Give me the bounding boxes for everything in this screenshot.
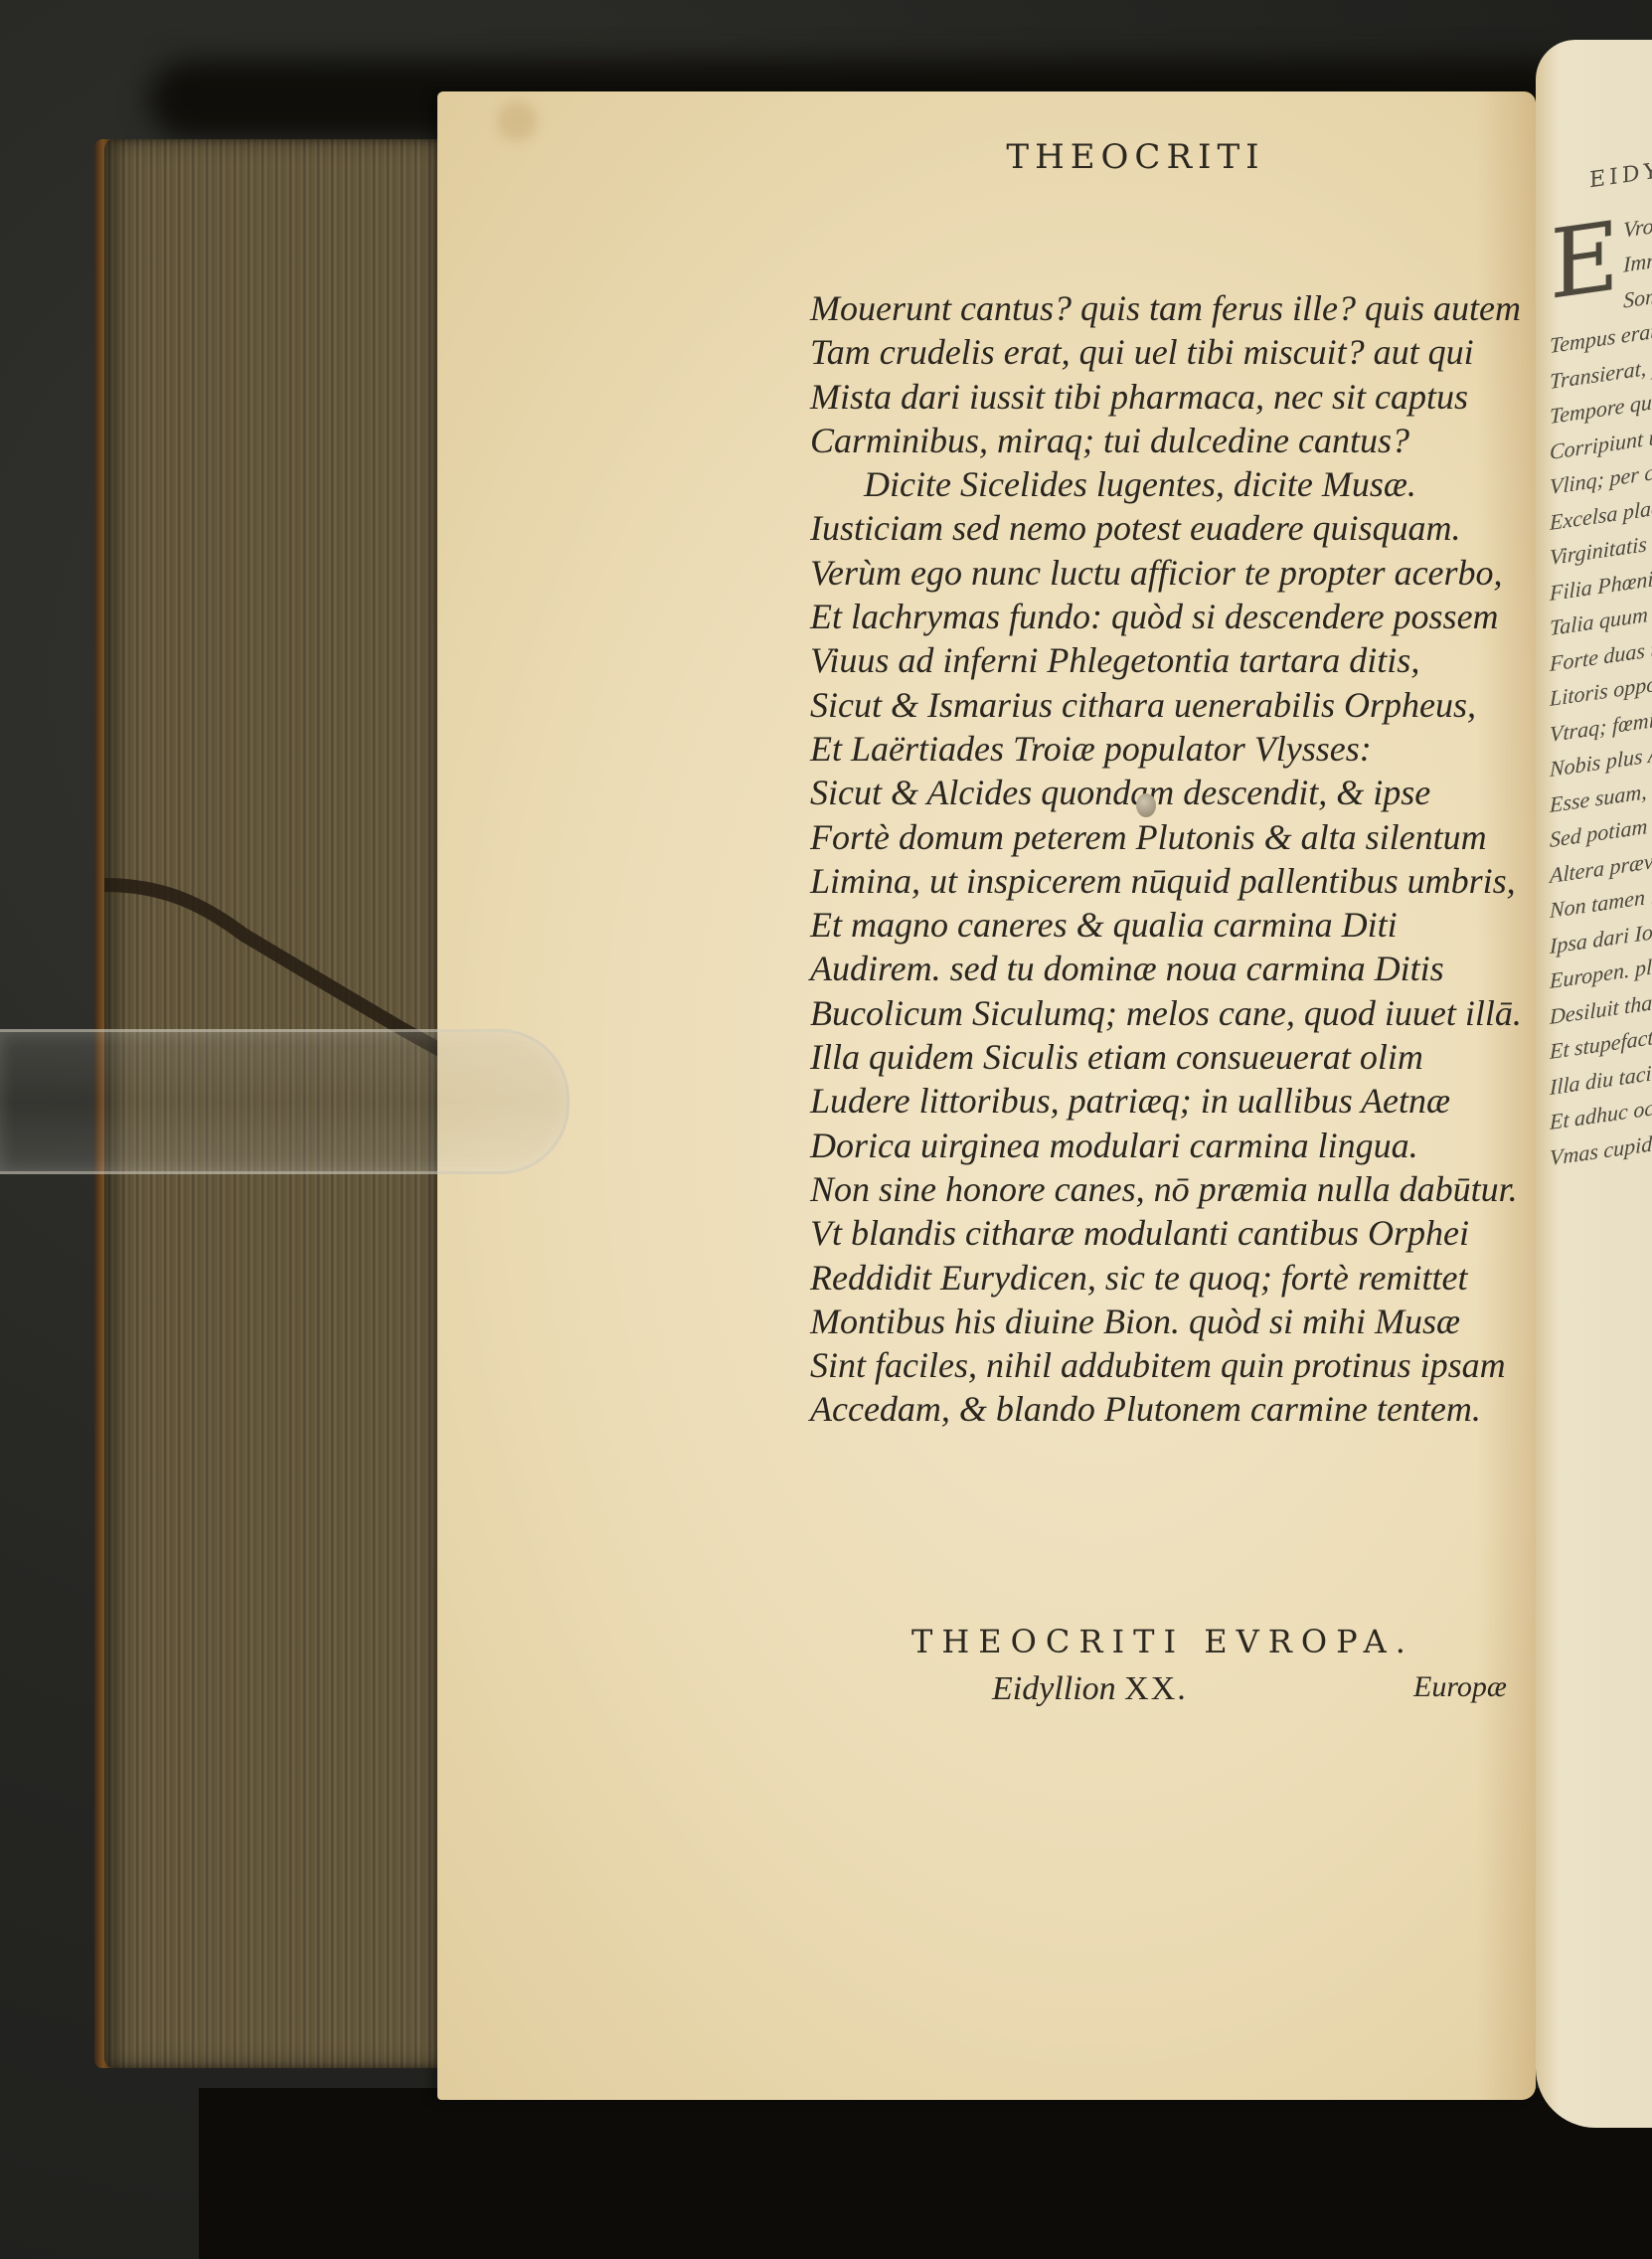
running-head: THEOCRITI [437, 137, 1536, 177]
verse-line: Non sine honore canes, nō præmia nulla d… [810, 1167, 1526, 1211]
verse-line: Dorica uirginea modulari carmina lingua. [810, 1124, 1526, 1167]
verse-line: Mouerunt cantus? quis tam ferus ille? qu… [810, 286, 1526, 330]
pin-mark [1136, 793, 1156, 817]
recto-dropcap: E [1550, 213, 1619, 308]
clear-plastic-bookmark [0, 1029, 570, 1174]
recto-page-partial: EIDYLL E Vropæ placidū Immisit Venus, e … [1536, 40, 1652, 2128]
verse-line: Audirem. sed tu dominæ noua carmina Diti… [810, 947, 1526, 990]
verse-line: Limina, ut inspicerem nūquid pallentibus… [810, 859, 1526, 903]
verse-line: Tam crudelis erat, qui uel tibi miscuit?… [810, 330, 1526, 374]
verse-line: Reddidit Eurydicen, sic te quoq; fortè r… [810, 1256, 1526, 1300]
page-stain [497, 101, 537, 141]
verse-line: Vt blandis citharæ modulanti cantibus Or… [810, 1211, 1526, 1255]
verse-line: Et Laërtiades Troiæ populator Vlysses: [810, 727, 1526, 771]
verse-line: Verùm ego nunc luctu afficior te propter… [810, 551, 1526, 595]
bottom-shadow [199, 2088, 1652, 2259]
section-title: THEOCRITI EVROPA. [845, 1623, 1481, 1660]
verse-line: Montibus his diuine Bion. quòd si mihi M… [810, 1300, 1526, 1343]
verse-line: Accedam, & blando Plutonem carmine tente… [810, 1387, 1526, 1431]
verse-line: Iusticiam sed nemo potest euadere quisqu… [810, 506, 1526, 550]
verse-line: Viuus ad inferni Phlegetontia tartara di… [810, 638, 1526, 682]
verse-line-refrain: Dicite Sicelides lugentes, dicite Musæ. [810, 462, 1526, 506]
verse-line: Bucolicum Siculumq; melos cane, quod iuu… [810, 991, 1526, 1035]
verse-line: Illa quidem Siculis etiam consueuerat ol… [810, 1035, 1526, 1079]
verse-line: Sint faciles, nihil addubitem quin proti… [810, 1343, 1526, 1387]
subtitle-number: XX. [1124, 1670, 1188, 1707]
verse-line: Mista dari iussit tibi pharmaca, nec sit… [810, 375, 1526, 419]
verse-line: Sicut & Ismarius cithara uenerabilis Orp… [810, 683, 1526, 727]
section-subtitle: Eidyllion XX. [992, 1670, 1188, 1708]
recto-running-head: EIDYLL [1550, 141, 1652, 205]
recto-text-block: EIDYLL E Vropæ placidū Immisit Venus, e … [1550, 141, 1652, 1175]
verse-line: Fortè domum peterem Plutonis & alta sile… [810, 815, 1526, 859]
catchword: Europæ [1413, 1670, 1507, 1704]
verse-line: Carminibus, miraq; tui dulcedine cantus? [810, 419, 1526, 462]
verse-line: Ludere littoribus, patriæq; in uallibus … [810, 1079, 1526, 1123]
verse-line: Et lachrymas fundo: quòd si descendere p… [810, 595, 1526, 638]
verse-line: Et magno caneres & qualia carmina Diti [810, 903, 1526, 947]
verse-block: Mouerunt cantus? quis tam ferus ille? qu… [810, 286, 1526, 1432]
subtitle-word: Eidyllion [992, 1670, 1116, 1707]
verse-line: Sicut & Alcides quondam descendit, & ips… [810, 771, 1526, 814]
